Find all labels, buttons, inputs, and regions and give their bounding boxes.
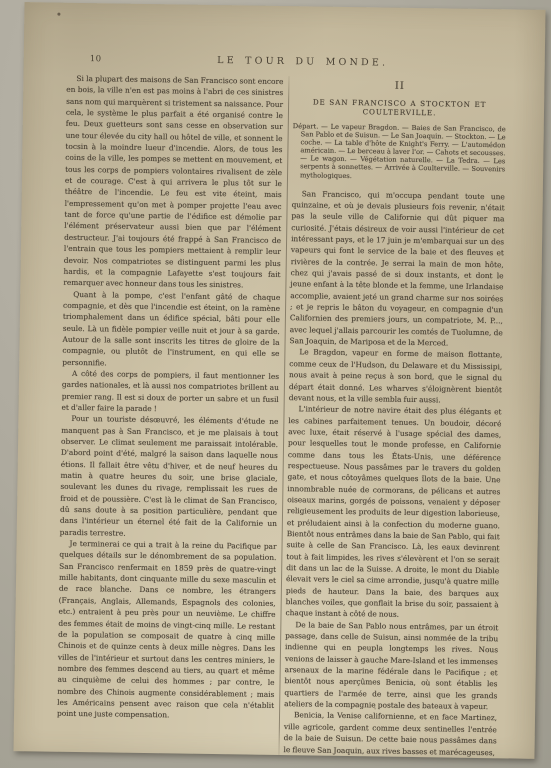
- paragraph: L'intérieur de notre navire était des pl…: [285, 403, 501, 622]
- paragraph: Pour un touriste désœuvré, les éléments …: [60, 413, 279, 541]
- paragraph: A côté des corps de pompiers, il faut me…: [61, 368, 279, 417]
- left-column: Si la plupart des maisons de San Francis…: [56, 73, 283, 755]
- ink-speck: [374, 707, 376, 709]
- text-block: Si la plupart des maisons de San Francis…: [56, 73, 506, 758]
- paragraph: San Francisco, qui m'occupa pendant tout…: [290, 188, 505, 350]
- chapter-number: II: [293, 79, 506, 93]
- paragraph: Je terminerai ce qui a trait à la reine …: [57, 538, 277, 723]
- book-page: 10 LE TOUR DU MONDE. Si la plupart des m…: [13, 2, 545, 759]
- paragraph: De la baie de San Pablo nous entrâmes, p…: [284, 619, 498, 713]
- paragraph: Quant à la pompe, c'est l'enfant gâté de…: [62, 288, 280, 371]
- chapter-summary: Départ. — Le vapeur Bragdon. — Baies de …: [292, 122, 506, 182]
- right-column: II DE SAN FRANCISCO A STOCKTON ET COULTE…: [283, 76, 506, 758]
- paragraph: Si la plupart des maisons de San Francis…: [63, 73, 283, 292]
- page-header: 10 LE TOUR DU MONDE.: [67, 53, 507, 73]
- chapter-title: DE SAN FRANCISCO A STOCKTON ET COULTERVI…: [293, 97, 506, 118]
- journal-title: LE TOUR DU MONDE.: [83, 53, 523, 71]
- paragraph: Benicia, la Venise californienne, et en …: [283, 710, 497, 759]
- paragraph: Le Bragdon, vapeur en forme de maison fl…: [289, 347, 503, 407]
- ink-speck: [57, 13, 60, 16]
